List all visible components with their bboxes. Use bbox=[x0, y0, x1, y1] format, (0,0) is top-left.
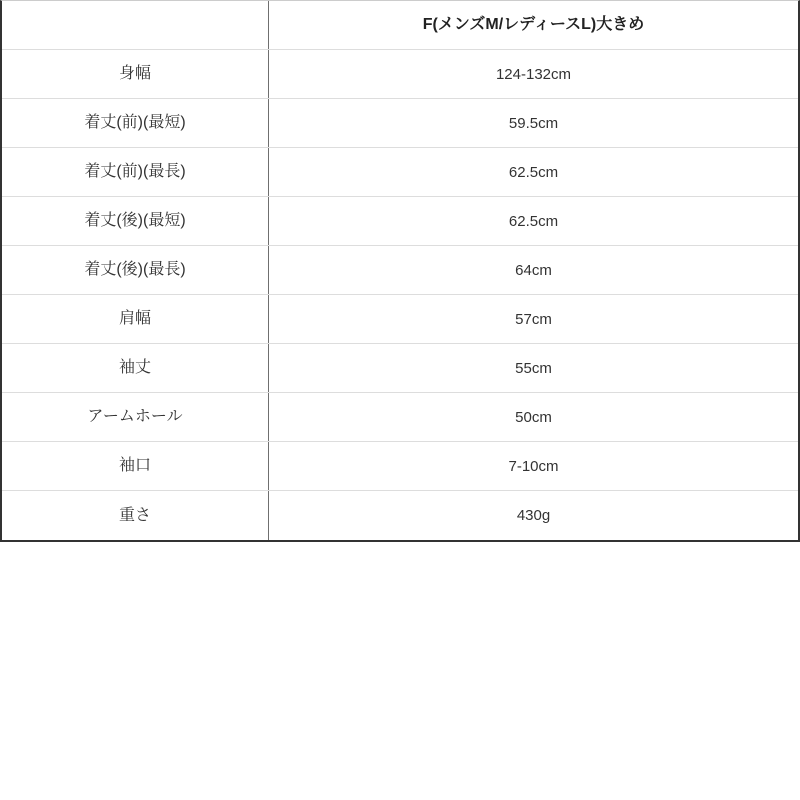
table-row-sleeve-length: 袖丈 55cm bbox=[2, 344, 798, 393]
row-label: 肩幅 bbox=[2, 295, 269, 343]
row-label: 着丈(前)(最短) bbox=[2, 99, 269, 147]
row-label: 袖口 bbox=[2, 442, 269, 490]
row-label: 身幅 bbox=[2, 50, 269, 98]
row-value: 57cm bbox=[269, 295, 798, 343]
size-spec-table: F(メンズM/レディースL)大きめ 身幅 124-132cm 着丈(前)(最短)… bbox=[0, 0, 800, 542]
table-row-shoulder-width: 肩幅 57cm bbox=[2, 295, 798, 344]
header-size-cell: F(メンズM/レディースL)大きめ bbox=[269, 1, 798, 49]
row-value: 62.5cm bbox=[269, 197, 798, 245]
header-spec-cell bbox=[2, 1, 269, 49]
table-row-weight: 重さ 430g bbox=[2, 491, 798, 540]
row-value: 62.5cm bbox=[269, 148, 798, 196]
row-label: 重さ bbox=[2, 491, 269, 540]
table-row-armhole: アームホール 50cm bbox=[2, 393, 798, 442]
row-value: 430g bbox=[269, 491, 798, 540]
table-row-body-width: 身幅 124-132cm bbox=[2, 50, 798, 99]
row-value: 7-10cm bbox=[269, 442, 798, 490]
row-label: 着丈(後)(最短) bbox=[2, 197, 269, 245]
table-row-front-length-min: 着丈(前)(最短) 59.5cm bbox=[2, 99, 798, 148]
size-table-header-row: F(メンズM/レディースL)大きめ bbox=[2, 1, 798, 50]
row-value: 59.5cm bbox=[269, 99, 798, 147]
row-label: 着丈(前)(最長) bbox=[2, 148, 269, 196]
row-label: 袖丈 bbox=[2, 344, 269, 392]
row-value: 55cm bbox=[269, 344, 798, 392]
row-value: 64cm bbox=[269, 246, 798, 294]
row-label: 着丈(後)(最長) bbox=[2, 246, 269, 294]
table-row-back-length-max: 着丈(後)(最長) 64cm bbox=[2, 246, 798, 295]
table-row-back-length-min: 着丈(後)(最短) 62.5cm bbox=[2, 197, 798, 246]
row-value: 124-132cm bbox=[269, 50, 798, 98]
empty-area bbox=[0, 542, 800, 800]
row-value: 50cm bbox=[269, 393, 798, 441]
table-row-front-length-max: 着丈(前)(最長) 62.5cm bbox=[2, 148, 798, 197]
table-row-cuff: 袖口 7-10cm bbox=[2, 442, 798, 491]
row-label: アームホール bbox=[2, 393, 269, 441]
